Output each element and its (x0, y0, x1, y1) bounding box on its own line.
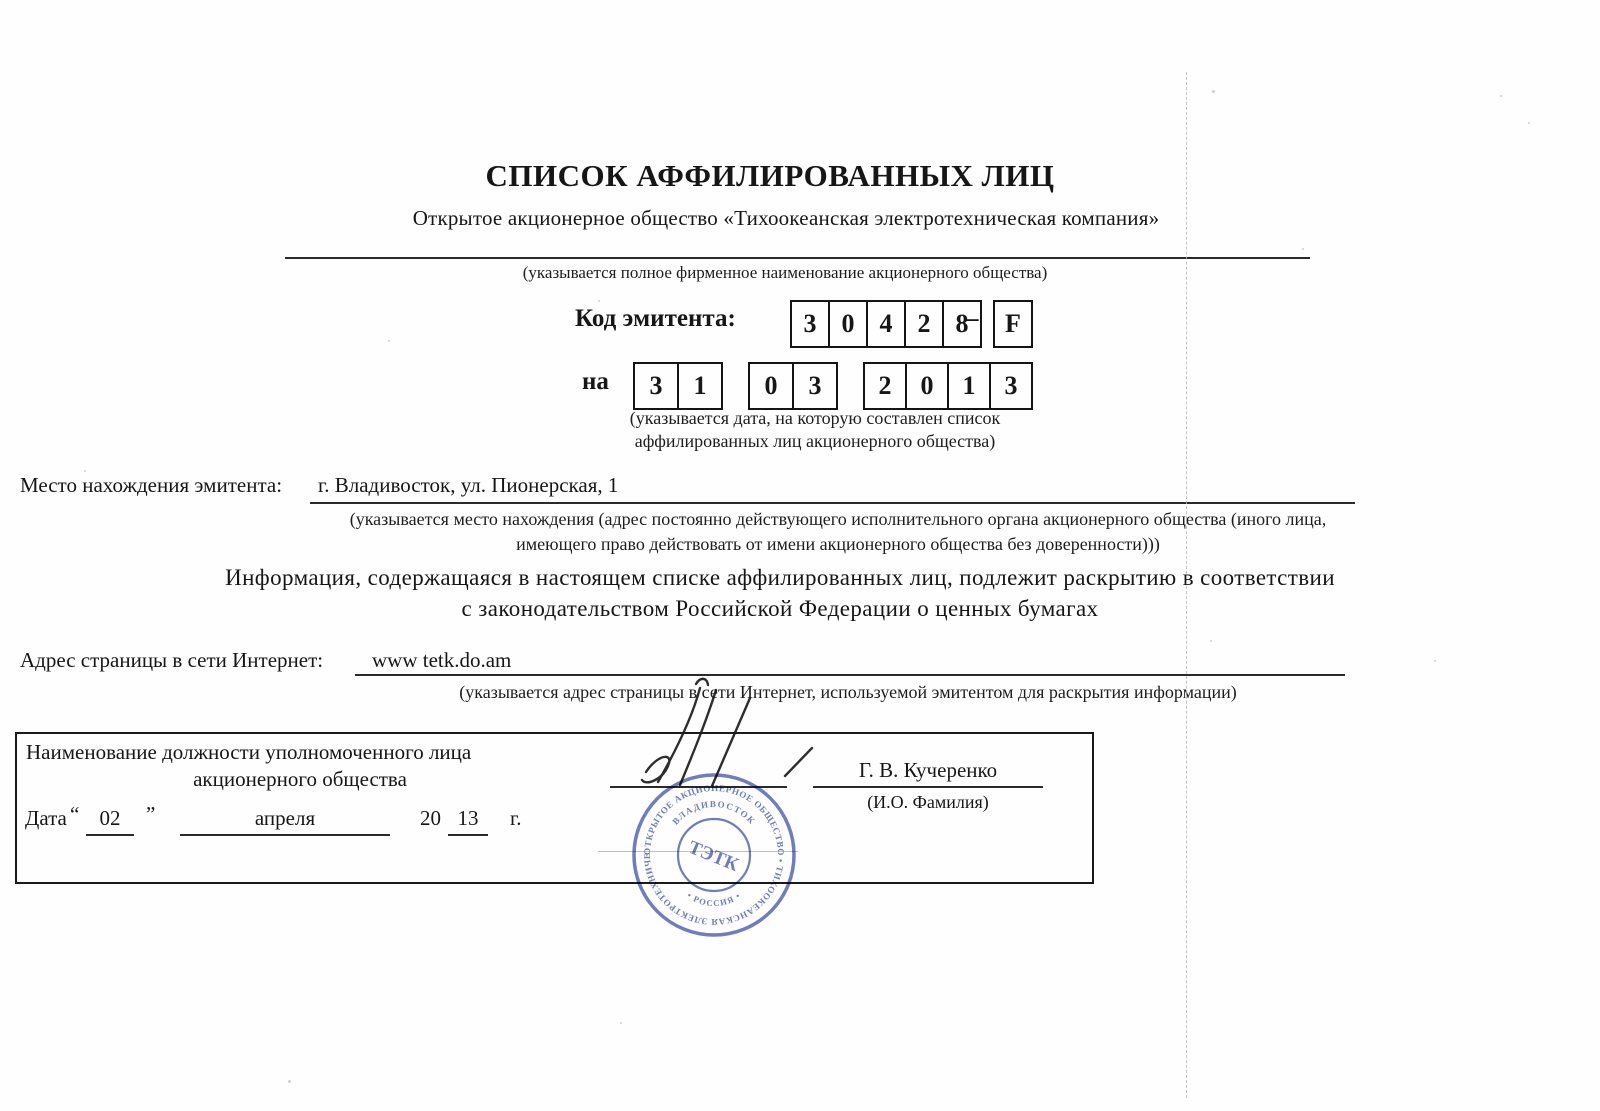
company-stamp: ОТКРЫТОЕ АКЦИОНЕРНОЕ ОБЩЕСТВО • ТИХООКЕА… (628, 769, 800, 941)
position-line1: Наименование должности уполномоченного л… (26, 740, 471, 765)
website-value: www tetk.do.am (372, 648, 511, 673)
location-label: Место нахождения эмитента: (20, 473, 282, 498)
date-digit-cell: 0 (748, 362, 794, 410)
authorized-name: Г. В. Кучеренко (859, 758, 997, 783)
company-underline (285, 257, 1310, 259)
stamp-center-text: ТЭТК (685, 837, 741, 876)
stamp-city-text: ВЛАДИВОСТОК (670, 799, 757, 827)
date-year-cells: 2 0 1 3 (863, 362, 1033, 410)
company-name: Открытое акционерное общество «Тихоокеан… (413, 206, 1160, 231)
website-label: Адрес страницы в сети Интернет: (20, 648, 323, 673)
location-caption-line1: (указывается место нахождения (адрес пос… (350, 509, 1327, 530)
location-caption-line2: имеющего право действовать от имени акци… (516, 534, 1160, 555)
disclosure-line2: с законодательством Российской Федерации… (462, 596, 1099, 622)
document-page: СПИСОК АФФИЛИРОВАННЫХ ЛИЦ Открытое акцио… (0, 0, 1600, 1111)
date-day-field: 02 (86, 806, 134, 836)
date-caption-line2: аффилированных лиц акционерного общества… (635, 431, 996, 452)
scan-speck (1210, 640, 1212, 642)
date-quote-open: “ (70, 802, 79, 827)
scan-speck (1500, 95, 1502, 97)
disclosure-line1: Информация, содержащаяся в настоящем спи… (225, 565, 1335, 591)
scan-fold-line (1186, 72, 1187, 1098)
name-caption: (И.О. Фамилия) (867, 792, 989, 813)
date-year-field: 13 (448, 806, 488, 836)
code-digit-cell: 2 (904, 300, 944, 348)
date-day-cells: 3 1 (633, 362, 723, 410)
website-underline (355, 674, 1345, 676)
svg-text:• РОССИЯ •: • РОССИЯ • (685, 890, 742, 908)
scan-speck (388, 340, 390, 342)
location-underline (310, 502, 1355, 504)
code-digit-cell: 4 (866, 300, 906, 348)
as-of-label: на (582, 368, 609, 396)
stamp-country-text: • РОССИЯ • (685, 890, 742, 908)
position-line2: акционерного общества (193, 767, 407, 792)
date-month-field: апреля (180, 806, 390, 836)
date-year-prefix: 20 (420, 806, 441, 831)
date-digit-cell: 3 (792, 362, 838, 410)
scan-speck (1528, 122, 1530, 124)
date-digit-cell: 3 (989, 362, 1033, 410)
code-suffix-cell: F (993, 300, 1033, 348)
issuer-code-label: Код эмитента: (575, 305, 736, 333)
issuer-code-suffix-cell: F (993, 300, 1033, 348)
company-caption: (указывается полное фирменное наименован… (523, 263, 1048, 283)
name-line (813, 786, 1043, 788)
date-year-suffix: г. (510, 806, 522, 831)
scan-speck (1302, 248, 1304, 250)
date-digit-cell: 3 (633, 362, 679, 410)
scan-speck (1120, 520, 1122, 522)
date-quote-close: ” (146, 802, 155, 827)
scan-speck (1434, 660, 1436, 662)
page-title: СПИСОК АФФИЛИРОВАННЫХ ЛИЦ (486, 158, 1055, 194)
scan-speck (598, 300, 600, 302)
code-separator: – (966, 305, 979, 333)
scan-speck (288, 1080, 291, 1083)
date-digit-cell: 2 (863, 362, 907, 410)
svg-text:ВЛАДИВОСТОК: ВЛАДИВОСТОК (670, 799, 757, 827)
date-digit-cell: 1 (677, 362, 723, 410)
scan-speck (620, 1022, 622, 1024)
date-caption-line1: (указывается дата, на которую составлен … (630, 408, 1000, 429)
code-digit-cell: 0 (828, 300, 868, 348)
code-digit-cell: 3 (790, 300, 830, 348)
issuer-code-cells: 3 0 4 2 8 (790, 300, 982, 348)
scan-speck (84, 470, 86, 472)
date-month-cells: 0 3 (748, 362, 838, 410)
date-digit-cell: 0 (905, 362, 949, 410)
date-label: Дата (25, 806, 67, 831)
website-caption: (указывается адрес страницы в сети Интер… (459, 682, 1237, 703)
scan-speck (1212, 90, 1215, 93)
date-digit-cell: 1 (947, 362, 991, 410)
location-value: г. Владивосток, ул. Пионерская, 1 (318, 473, 618, 498)
